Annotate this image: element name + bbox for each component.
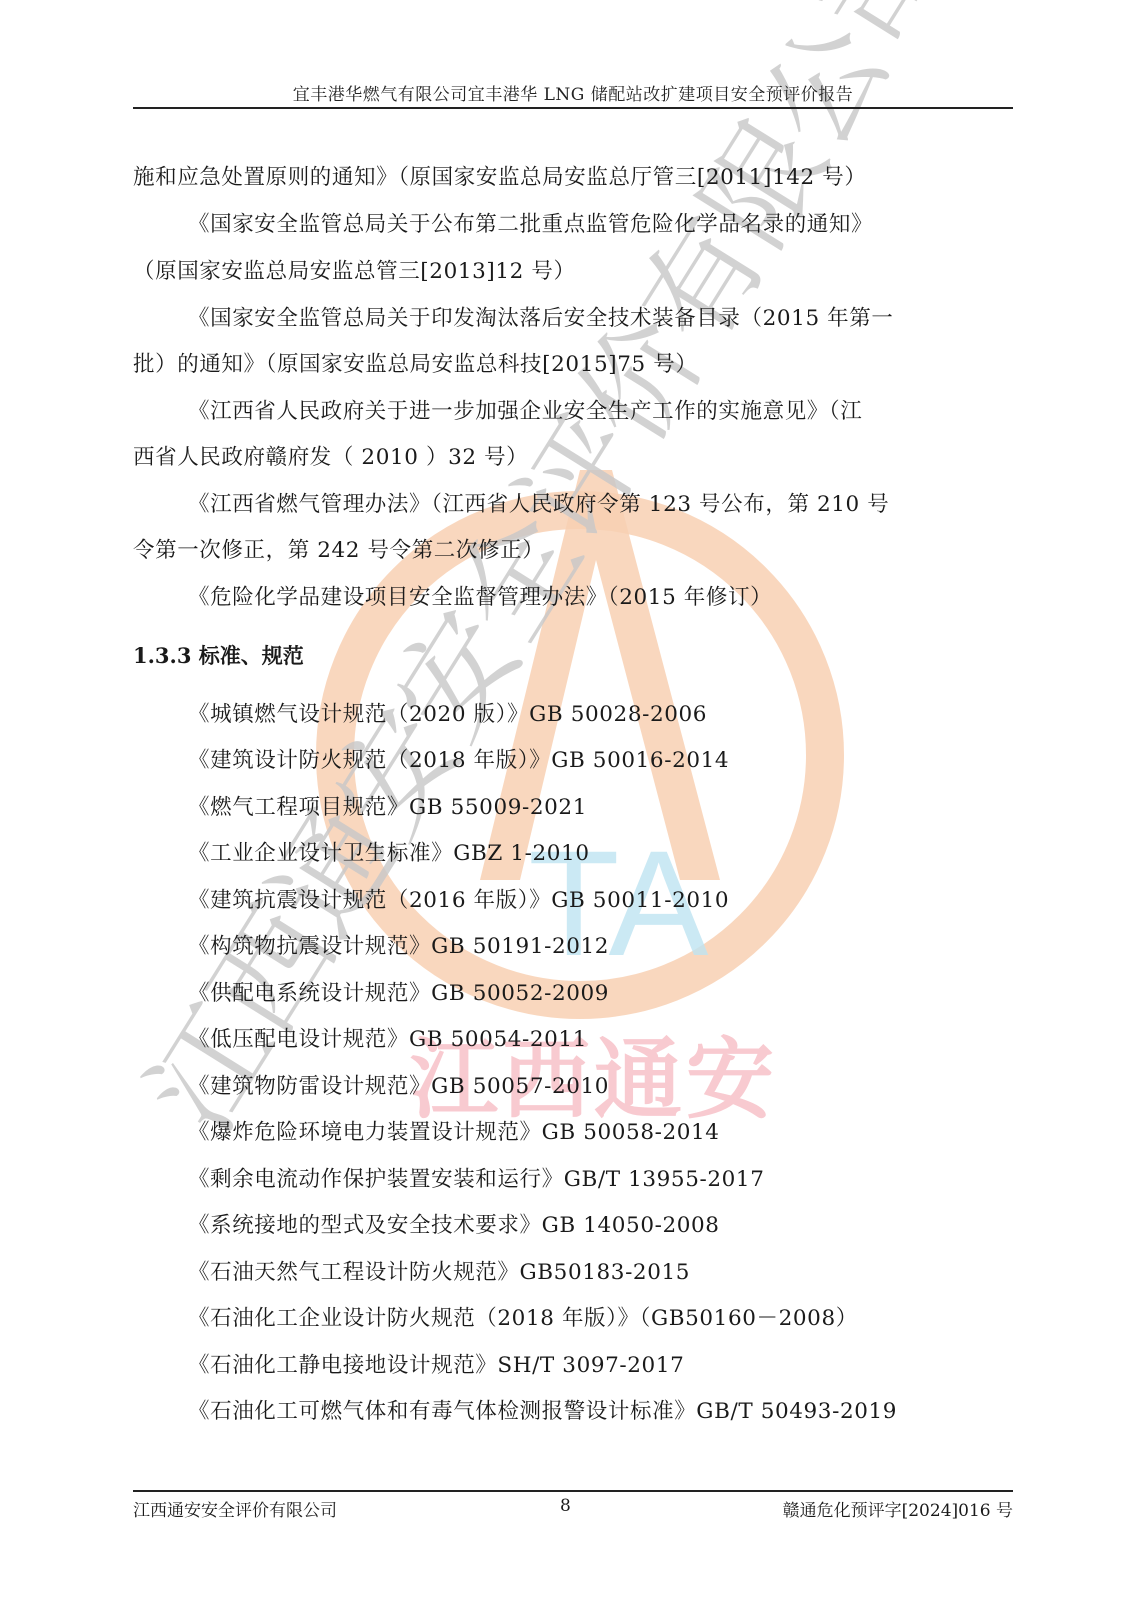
paragraph-line: 批）的通知》（原国家安监总局安监总科技[2015]75 号）: [133, 347, 697, 378]
paragraph-line: （原国家安监总局安监总管三[2013]12 号）: [133, 254, 576, 285]
header-divider: [133, 107, 1013, 109]
standard-item: 《剩余电流动作保护装置安装和运行》GB/T 13955-2017: [188, 1162, 764, 1193]
section-heading: 1.3.3 标准、规范: [133, 640, 304, 670]
page-header-title: 宜丰港华燃气有限公司宜丰港华 LNG 储配站改扩建项目安全预评价报告: [133, 80, 1013, 105]
standard-item: 《石油化工可燃气体和有毒气体检测报警设计标准》GB/T 50493-2019: [188, 1394, 897, 1425]
paragraph-line: 令第一次修正，第 242 号令第二次修正）: [133, 533, 544, 564]
standard-item: 《石油天然气工程设计防火规范》GB50183-2015: [188, 1255, 690, 1286]
standard-item: 《建筑抗震设计规范（2016 年版）》GB 50011-2010: [188, 883, 729, 914]
standard-item: 《建筑物防雷设计规范》GB 50057-2010: [188, 1069, 609, 1100]
standard-item: 《爆炸危险环境电力装置设计规范》GB 50058-2014: [188, 1115, 720, 1146]
paragraph-line: 《危险化学品建设项目安全监督管理办法》（2015 年修订）: [188, 580, 772, 611]
standard-item: 《供配电系统设计规范》GB 50052-2009: [188, 976, 609, 1007]
paragraph-line: 《江西省人民政府关于进一步加强企业安全生产工作的实施意见》（江: [188, 394, 862, 425]
standard-item: 《石油化工静电接地设计规范》SH/T 3097-2017: [188, 1348, 684, 1379]
standard-item: 《低压配电设计规范》GB 50054-2011: [188, 1022, 587, 1053]
document-page: TA 江西通安 江西通安安全评价有限公司 宜丰港华燃气有限公司宜丰港华 LNG …: [0, 0, 1131, 1600]
standard-item: 《系统接地的型式及安全技术要求》GB 14050-2008: [188, 1208, 720, 1239]
footer-company: 江西通安安全评价有限公司: [133, 1496, 337, 1521]
standard-item: 《燃气工程项目规范》GB 55009-2021: [188, 790, 587, 821]
standard-item: 《建筑设计防火规范（2018 年版）》GB 50016-2014: [188, 743, 729, 774]
paragraph-line: 施和应急处置原则的通知》（原国家安监总局安监总厅管三[2011]142 号）: [133, 160, 866, 191]
standard-item: 《构筑物抗震设计规范》GB 50191-2012: [188, 929, 609, 960]
standard-item: 《工业企业设计卫生标准》GBZ 1-2010: [188, 836, 590, 867]
paragraph-line: 《国家安全监管总局关于公布第二批重点监管危险化学品名录的通知》: [188, 207, 873, 238]
footer-divider: [133, 1490, 1013, 1492]
footer-document-number: 赣通危化预评字[2024]016 号: [783, 1496, 1013, 1521]
paragraph-line: 《国家安全监管总局关于印发淘汰落后安全技术装备目录（2015 年第一: [188, 301, 893, 332]
standard-item: 《石油化工企业设计防火规范（2018 年版）》（GB50160－2008）: [188, 1301, 858, 1332]
paragraph-line: 西省人民政府赣府发（ 2010 ）32 号）: [133, 440, 528, 471]
standard-item: 《城镇燃气设计规范（2020 版）》GB 50028-2006: [188, 697, 707, 728]
paragraph-line: 《江西省燃气管理办法》（江西省人民政府令第 123 号公布，第 210 号: [188, 487, 889, 518]
page-number: 8: [560, 1496, 571, 1516]
